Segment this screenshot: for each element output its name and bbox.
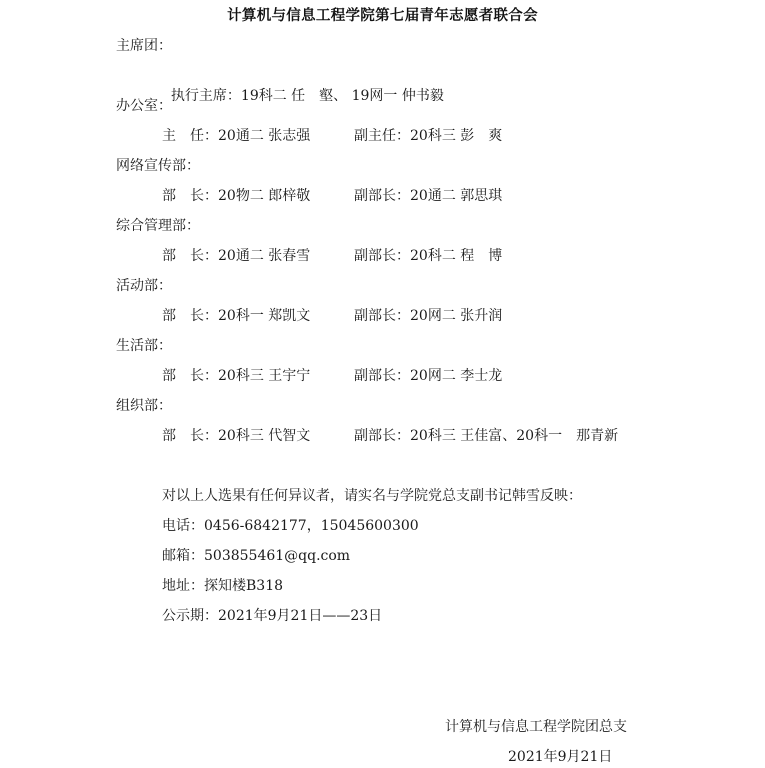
section-heading-office: 办公室： (116, 96, 172, 116)
organization-deputy: 副部长：20科三 王佳富、20科一 那青新 (354, 428, 618, 444)
section-heading-presidium: 主席团： (116, 36, 172, 56)
organization-head: 部 长：20科三 代智文 (162, 426, 354, 446)
activities-deputy: 副部长：20网二 张升润 (354, 308, 502, 324)
notice-period: 公示期：2021年9月21日——23日 (162, 606, 382, 626)
document-title: 计算机与信息工程学院第七届青年志愿者联合会 (0, 4, 765, 25)
life-row: 部 长：20科三 王宇宁副部长：20网二 李士龙 (162, 366, 502, 386)
life-deputy: 副部长：20网二 李士龙 (354, 368, 502, 384)
network-publicity-row: 部 长：20物二 郎梓敬副部长：20通二 郭思琪 (162, 186, 502, 206)
signature-date: 2021年9月21日 (508, 746, 612, 766)
office-row: 主 任：20通二 张志强副主任：20科三 彭 爽 (162, 126, 502, 146)
organization-row: 部 长：20科三 代智文副部长：20科三 王佳富、20科一 那青新 (162, 426, 618, 446)
general-management-row: 部 长：20通二 张春雪副部长：20科二 程 博 (162, 246, 502, 266)
presidium-row: 执行主席：19科二 任 壑、 19网一 仲书毅 (162, 66, 444, 106)
notice-address: 地址：探知楼B318 (162, 576, 283, 596)
section-heading-life: 生活部： (116, 336, 172, 356)
network-publicity-deputy: 副部长：20通二 郭思琪 (354, 188, 502, 204)
notice-phone: 电话：0456-6842177，15045600300 (162, 516, 419, 536)
activities-row: 部 长：20科一 郑凯文副部长：20网二 张升润 (162, 306, 502, 326)
network-publicity-head: 部 长：20物二 郎梓敬 (162, 186, 354, 206)
section-heading-organization: 组织部： (116, 396, 172, 416)
section-heading-network-publicity: 网络宣传部： (116, 156, 200, 176)
office-director: 主 任：20通二 张志强 (162, 126, 354, 146)
section-heading-activities: 活动部： (116, 276, 172, 296)
section-heading-general-management: 综合管理部： (116, 216, 200, 236)
life-head: 部 长：20科三 王宇宁 (162, 366, 354, 386)
general-management-deputy: 副部长：20科二 程 博 (354, 248, 502, 264)
general-management-head: 部 长：20通二 张春雪 (162, 246, 354, 266)
notice-email: 邮箱：503855461@qq.com (162, 546, 350, 566)
office-deputy: 副主任：20科三 彭 爽 (354, 128, 502, 144)
executive-chair: 执行主席：19科二 任 壑、 19网一 仲书毅 (171, 88, 444, 104)
activities-head: 部 长：20科一 郑凯文 (162, 306, 354, 326)
notice-intro: 对以上人选果有任何异议者，请实名与学院党总支副书记韩雪反映： (162, 486, 582, 506)
signature-org: 计算机与信息工程学院团总支 (445, 716, 627, 736)
